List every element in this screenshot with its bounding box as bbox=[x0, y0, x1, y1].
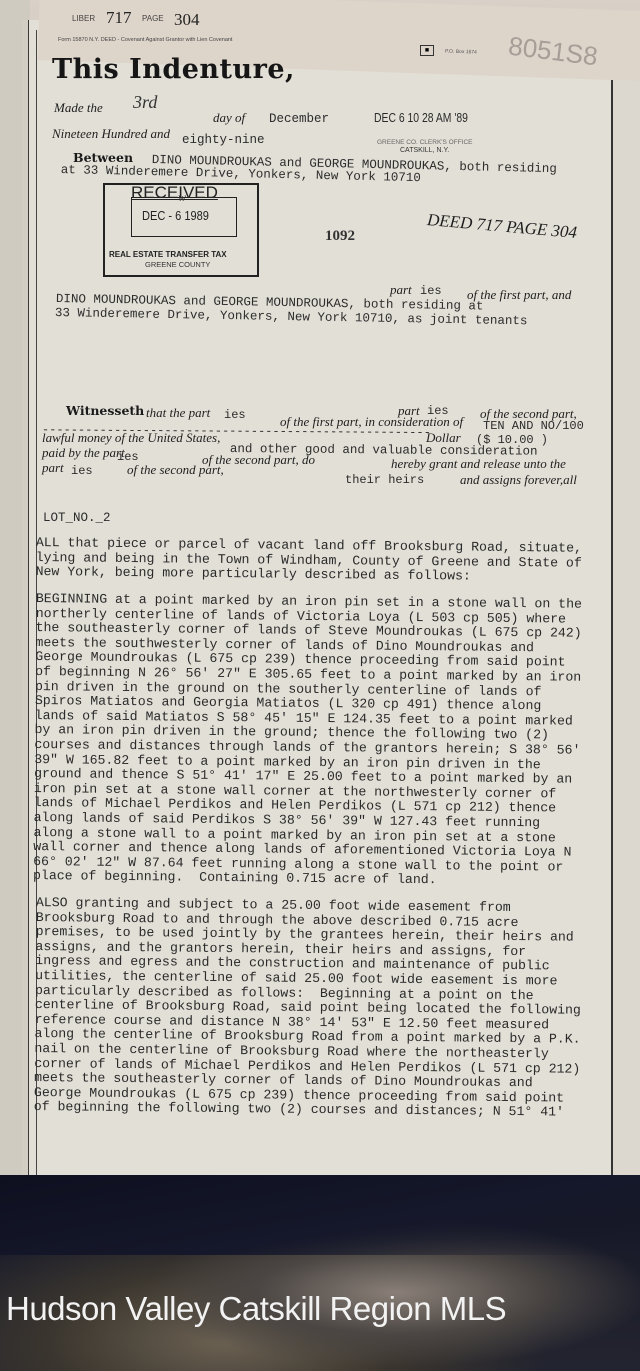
page-number: 304 bbox=[174, 10, 200, 30]
witnesseth-label: Witnesseth bbox=[66, 403, 144, 418]
assigns-forever: and assigns forever,all bbox=[460, 472, 577, 488]
ies-1: ies bbox=[224, 408, 246, 422]
lot-heading: LOT_NO._2 bbox=[43, 511, 111, 525]
publisher-logo-icon: ■ bbox=[420, 45, 434, 56]
hereby-grant: hereby grant and release unto the bbox=[391, 456, 566, 472]
ies-4: ies bbox=[71, 464, 93, 478]
day-value: 3rd bbox=[133, 92, 157, 113]
leather-strap bbox=[0, 1175, 640, 1255]
amount-words: TEN AND NO/100 bbox=[483, 419, 584, 433]
form-line: Form 15870 N.Y. DEED - Covenant Against … bbox=[58, 37, 232, 43]
received-footer-2: GREENE COUNTY bbox=[145, 260, 210, 269]
recording-office: GREENE CO. CLERK'S OFFICE bbox=[377, 139, 473, 146]
received-date-box: w DEC - 6 1989 bbox=[131, 197, 237, 237]
liber-number: 717 bbox=[106, 8, 132, 28]
paragraph-beginning: BEGINNING at a point marked by an iron p… bbox=[33, 592, 636, 890]
received-stamp: RECEIVED w DEC - 6 1989 REAL ESTATE TRAN… bbox=[103, 183, 259, 277]
lawful-money: lawful money of the United States, bbox=[42, 430, 220, 446]
paragraph-parcel: ALL that piece or parcel of vacant land … bbox=[36, 536, 636, 586]
made-the-label: Made the bbox=[54, 100, 103, 116]
received-footer-1: REAL ESTATE TRANSFER TAX bbox=[109, 250, 227, 259]
received-initial: w bbox=[178, 190, 186, 205]
year-value: eighty-nine bbox=[182, 133, 265, 147]
month-value: December bbox=[269, 112, 329, 126]
parties-4: part bbox=[42, 460, 64, 476]
recording-city: CATSKILL, N.Y. bbox=[400, 147, 449, 154]
nineteen-label: Nineteen Hundred and bbox=[52, 126, 170, 142]
recording-timestamp: DEC 6 10 28 AM '89 bbox=[374, 110, 468, 125]
part-suffix: ies bbox=[420, 284, 442, 298]
their-heirs: their heirs bbox=[345, 473, 424, 487]
page-label: PAGE bbox=[142, 14, 164, 23]
paragraph-easement: ALSO granting and subject to a 25.00 foo… bbox=[34, 896, 636, 1121]
that-the-parties: that the part bbox=[146, 405, 210, 421]
liber-label: LIBER bbox=[72, 14, 95, 23]
second-part-2: of the second part, bbox=[127, 462, 224, 478]
mls-watermark: Hudson Valley Catskill Region MLS bbox=[6, 1290, 506, 1328]
document-title: This Indenture, bbox=[52, 54, 295, 85]
received-date: DEC - 6 1989 bbox=[142, 208, 209, 223]
day-of-label: day of bbox=[213, 110, 245, 126]
left-paper-edge bbox=[0, 0, 30, 1175]
paid-by-label: paid by the part bbox=[42, 445, 125, 461]
overlap-stamp-number: 8051S8 bbox=[507, 31, 600, 73]
po-box: P.O. Box 1674 bbox=[445, 48, 477, 55]
part-label: part bbox=[390, 282, 412, 298]
tax-number: 1092 bbox=[325, 228, 355, 245]
